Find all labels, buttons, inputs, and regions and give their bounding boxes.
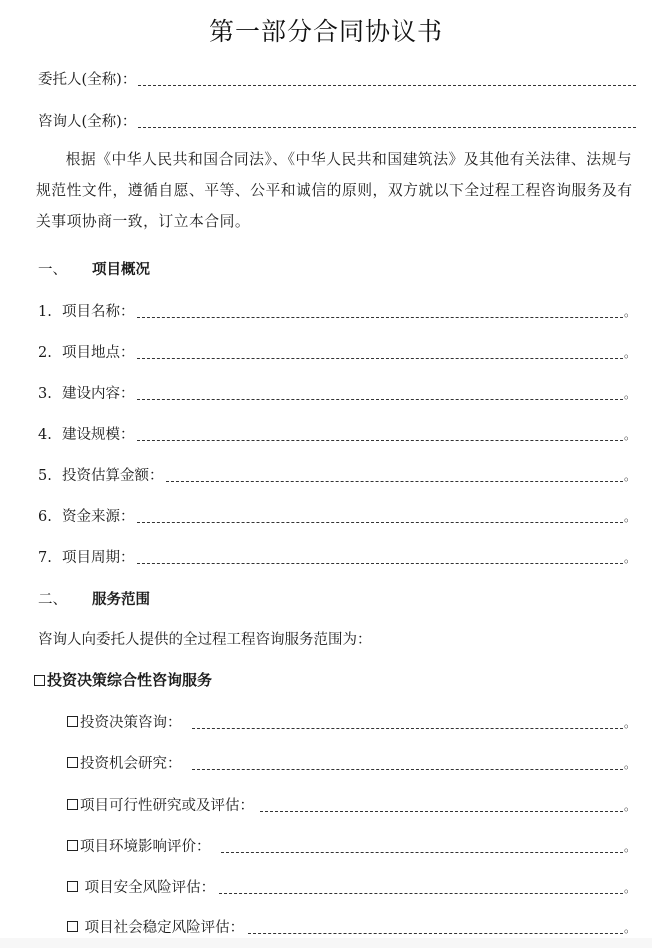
service-scope-intro: 咨询人向委托人提供的全过程工程咨询服务范围为： <box>38 628 372 649</box>
group-label: 投资决策综合性咨询服务 <box>47 671 212 689</box>
document-page: 第一部分合同协议书 委托人(全称)： 咨询人(全称)： 根据《中华人民共和国合同… <box>0 0 652 938</box>
group-checkbox[interactable] <box>34 675 45 686</box>
service-option-5: 项目安全风险评估： 。 <box>67 876 636 897</box>
option-label: 项目环境影响评价： <box>80 835 211 856</box>
party-client-blank[interactable] <box>138 84 636 86</box>
section-1-heading: 一、项目概况 <box>38 258 150 279</box>
period-mark: 。 <box>624 797 636 814</box>
period-mark: 。 <box>624 838 636 855</box>
item-label: 项目周期： <box>62 546 135 567</box>
option-label: 投资机会研究： <box>80 752 182 773</box>
party-consultant-label: 咨询人(全称)： <box>38 110 136 131</box>
construction-scale-blank[interactable] <box>137 439 623 441</box>
project-item-1: 1. 项目名称： 。 <box>38 300 636 321</box>
item-label: 项目名称： <box>62 300 135 321</box>
option-blank[interactable] <box>219 892 623 894</box>
item-number: 5. <box>38 468 62 484</box>
item-number: 1. <box>38 304 62 320</box>
period-mark: 。 <box>624 549 636 566</box>
service-option-3: 项目可行性研究或及评估： 。 <box>67 794 636 815</box>
item-label: 建设内容： <box>62 382 135 403</box>
option-checkbox[interactable] <box>67 840 78 851</box>
section-1-number: 一、 <box>38 258 92 279</box>
option-checkbox[interactable] <box>67 921 78 932</box>
period-mark: 。 <box>624 508 636 525</box>
construction-content-blank[interactable] <box>137 398 623 400</box>
service-option-6: 项目社会稳定风险评估： 。 <box>67 916 636 937</box>
project-period-blank[interactable] <box>137 562 623 564</box>
page-title: 第一部分合同协议书 <box>0 12 652 48</box>
section-2-number: 二、 <box>38 588 92 609</box>
item-number: 3. <box>38 386 62 402</box>
project-item-2: 2. 项目地点： 。 <box>38 341 636 362</box>
item-label: 投资估算金额： <box>62 464 164 485</box>
project-item-3: 3. 建设内容： 。 <box>38 382 636 403</box>
option-blank[interactable] <box>248 932 623 934</box>
party-consultant-line: 咨询人(全称)： <box>38 110 636 131</box>
service-option-2: 投资机会研究： 。 <box>67 752 636 773</box>
period-mark: 。 <box>624 385 636 402</box>
option-blank[interactable] <box>260 810 623 812</box>
item-number: 4. <box>38 427 62 443</box>
option-checkbox[interactable] <box>67 757 78 768</box>
item-number: 2. <box>38 345 62 361</box>
section-1-title: 项目概况 <box>92 262 150 278</box>
party-client-line: 委托人(全称)： <box>38 68 636 89</box>
option-label: 投资决策咨询： <box>80 711 182 732</box>
project-item-4: 4. 建设规模： 。 <box>38 423 636 444</box>
option-checkbox[interactable] <box>67 881 78 892</box>
item-label: 资金来源： <box>62 505 135 526</box>
page-bottom-edge <box>0 938 652 948</box>
period-mark: 。 <box>624 919 636 936</box>
period-mark: 。 <box>624 303 636 320</box>
party-consultant-blank[interactable] <box>138 126 636 128</box>
option-blank[interactable] <box>192 727 623 729</box>
item-label: 建设规模： <box>62 423 135 444</box>
item-label: 项目地点： <box>62 341 135 362</box>
funding-source-blank[interactable] <box>137 521 623 523</box>
option-label: 项目社会稳定风险评估： <box>80 916 244 937</box>
project-name-blank[interactable] <box>137 316 623 318</box>
option-blank[interactable] <box>221 851 623 853</box>
section-2-title: 服务范围 <box>92 592 150 608</box>
item-number: 6. <box>38 509 62 525</box>
service-option-4: 项目环境影响评价： 。 <box>67 835 636 856</box>
option-checkbox[interactable] <box>67 799 78 810</box>
option-blank[interactable] <box>192 768 623 770</box>
project-item-7: 7. 项目周期： 。 <box>38 546 636 567</box>
item-number: 7. <box>38 550 62 566</box>
service-group-investment-decision: 投资决策综合性咨询服务 <box>34 669 212 690</box>
project-item-5: 5. 投资估算金额： 。 <box>38 464 636 485</box>
section-2-heading: 二、服务范围 <box>38 588 150 609</box>
period-mark: 。 <box>624 879 636 896</box>
project-location-blank[interactable] <box>137 357 623 359</box>
option-label: 项目安全风险评估： <box>80 876 215 897</box>
preamble-paragraph: 根据《中华人民共和国合同法》、《中华人民共和国建筑法》及其他有关法律、法规与规范… <box>36 144 636 237</box>
period-mark: 。 <box>624 467 636 484</box>
investment-estimate-blank[interactable] <box>166 480 623 482</box>
party-client-label: 委托人(全称)： <box>38 68 136 89</box>
project-item-6: 6. 资金来源： 。 <box>38 505 636 526</box>
service-option-1: 投资决策咨询： 。 <box>67 711 636 732</box>
period-mark: 。 <box>624 714 636 731</box>
period-mark: 。 <box>624 344 636 361</box>
option-checkbox[interactable] <box>67 716 78 727</box>
period-mark: 。 <box>624 426 636 443</box>
period-mark: 。 <box>624 755 636 772</box>
option-label: 项目可行性研究或及评估： <box>80 794 254 815</box>
